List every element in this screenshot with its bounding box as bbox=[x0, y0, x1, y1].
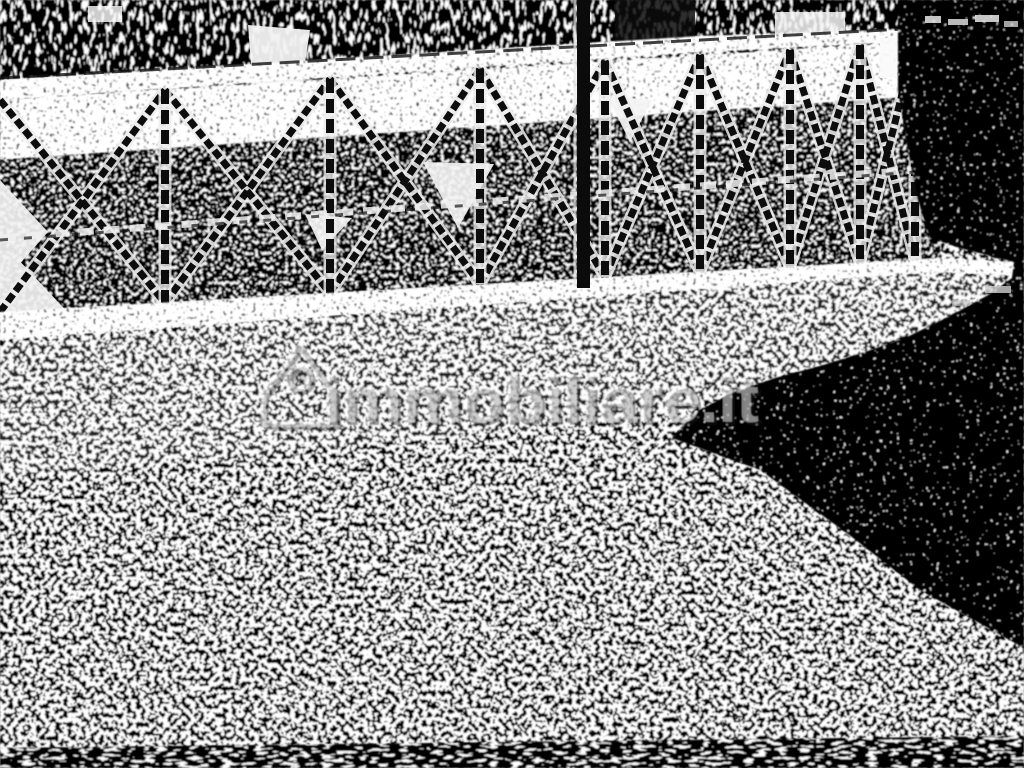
terrace-photo: immobiliare.it immobiliare.it bbox=[0, 0, 1024, 768]
dithered-photo-canvas: immobiliare.it immobiliare.it bbox=[0, 0, 1024, 768]
watermark-text: immobiliare.it bbox=[322, 362, 759, 436]
foreground-pole bbox=[575, 0, 590, 288]
dark-tree-patch bbox=[615, 0, 695, 42]
